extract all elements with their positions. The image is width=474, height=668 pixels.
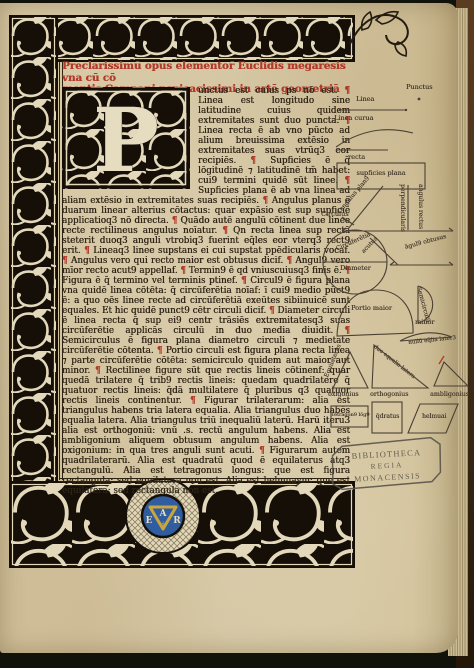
stamp-line-3: MONACENSIS xyxy=(354,471,421,483)
label-perpendicularis: perpendicularis xyxy=(399,184,406,232)
label-recta: recta xyxy=(348,153,365,161)
initial-letter: P xyxy=(93,88,159,189)
label-angulus-rectus: angulus rectus xyxy=(417,184,424,229)
label-circulus: Circulus xyxy=(321,210,349,218)
label-portio-minor: minor xyxy=(415,318,434,326)
label-diameter: Diameter xyxy=(340,264,371,272)
label-oxigonius: oxigonius xyxy=(328,391,359,398)
library-stamp: BIBLIOTHECA REGIA MONACENSIS xyxy=(325,435,450,495)
woodcut-border-top xyxy=(9,15,355,62)
device-letter-right: R xyxy=(173,516,181,526)
label-helmuaym: helmuai xyxy=(422,413,446,420)
label-ambligonius: ambligonius xyxy=(430,391,469,398)
device-letter-left: E xyxy=(146,516,153,526)
label-superficies-plana: supficies plana xyxy=(340,169,422,177)
label-punctus: Punctus xyxy=(406,83,433,91)
label-tetragonus-longus: Tetragon9 lōg9 xyxy=(331,412,368,418)
device-letter-top: A xyxy=(159,509,168,519)
scanned-incunabula-page: A E R + Preclarissimū opus elementor̄ Eu… xyxy=(0,0,474,668)
woodcut-initial-P: P xyxy=(62,87,190,189)
label-portio-maior: Portio maior xyxy=(351,304,392,312)
incipit-line-1: Preclarissimū opus elementor̄ Euclidis m… xyxy=(62,61,358,84)
stamp-line-1: BIBLIOTHECA xyxy=(351,447,421,461)
label-linea-curua: Linea curua xyxy=(334,114,373,122)
label-quadratus: q̄dratus xyxy=(373,413,402,420)
diagram-strokes xyxy=(320,80,474,440)
label-linea: Linea xyxy=(356,95,374,103)
margin-diagrams: Punctus Linea Linea curua recta supficie… xyxy=(320,80,474,440)
latin-text-block: P unctus est cuius ps nō est. ¶ Linea es… xyxy=(62,86,350,482)
leaf-flourish-ornament xyxy=(348,8,414,60)
stamp-line-2: REGIA xyxy=(370,460,403,471)
device-cross-icon: + xyxy=(160,520,166,528)
label-orthogonius: orthogonius xyxy=(370,391,408,398)
